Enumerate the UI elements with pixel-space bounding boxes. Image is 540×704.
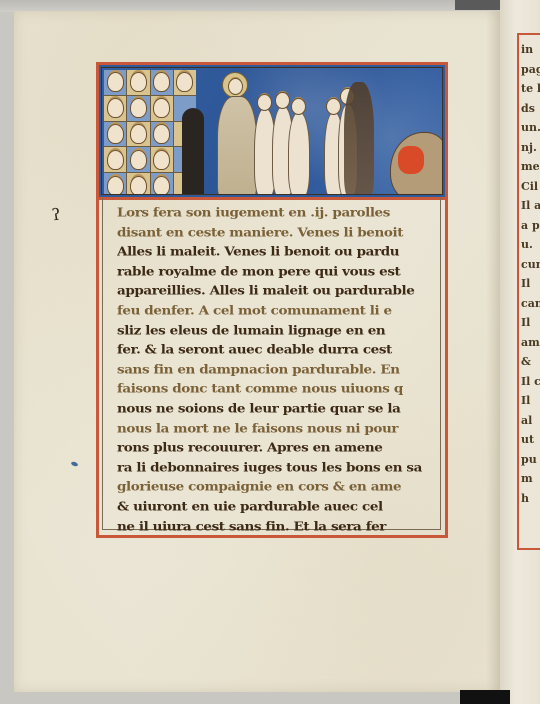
elect-cell <box>104 122 126 147</box>
elect-cell <box>127 96 149 121</box>
facing-fragment: cun <box>521 255 540 275</box>
damned-soul-head <box>326 98 341 115</box>
elect-face-icon <box>107 72 124 92</box>
elect-face-icon <box>107 98 124 118</box>
miniature-field <box>101 67 443 195</box>
text-line: sans fin en dampnacion pardurable. En <box>117 362 439 380</box>
elect-face-icon <box>153 150 170 170</box>
elect-cell <box>104 173 126 195</box>
saved-soul-figure <box>288 112 310 195</box>
ruling-line <box>440 198 441 530</box>
text-block: Lors fera son iugement en .ij. parolles … <box>96 198 448 538</box>
facing-fragment: ds <box>521 99 540 119</box>
gutter-shadow-bottom <box>460 690 510 704</box>
facing-fragment: te li <box>521 79 540 99</box>
facing-fragment: Il <box>521 391 540 411</box>
facing-fragment: Il c <box>521 372 540 392</box>
text-line: ra li debonnaires iuges tous les bons en… <box>117 460 439 478</box>
text-line: glorieuse compaignie en cors & en ame <box>117 479 439 497</box>
text-line: Alles li maleit. Venes li benoit ou pard… <box>117 244 439 262</box>
text-line: nous ne soions de leur partie quar se la <box>117 401 439 419</box>
elect-cell <box>104 70 126 95</box>
elect-face-icon <box>153 176 170 195</box>
elect-cell <box>151 70 173 95</box>
facing-fragment: ut <box>521 430 540 450</box>
text-line: fer. & la seront auec deable durra cest <box>117 342 439 360</box>
hellfire <box>398 146 424 174</box>
elect-face-icon <box>130 150 147 170</box>
devil-figure <box>344 82 374 195</box>
elect-face-icon <box>107 150 124 170</box>
facing-fragment: nj. <box>521 138 540 158</box>
gothic-text-column: Lors fera son iugement en .ij. parolles … <box>117 204 439 537</box>
facing-fragment: am <box>521 333 540 353</box>
text-line: feu denfer. A cel mot comunament li e <box>117 303 439 321</box>
elect-face-icon <box>130 176 147 195</box>
miniature-last-judgement <box>96 62 448 200</box>
facing-fragment: un. <box>521 118 540 138</box>
elect-cell <box>151 122 173 147</box>
elect-cell <box>127 173 149 195</box>
facing-fragment: can <box>521 294 540 314</box>
elect-cell <box>104 96 126 121</box>
elect-face-icon <box>107 176 124 195</box>
elect-cell <box>127 70 149 95</box>
facing-fragment: u. <box>521 235 540 255</box>
text-line: rons plus recouurer. Apres en amene <box>117 440 439 458</box>
text-line: rable royalme de mon pere qui vous est <box>117 264 439 282</box>
text-line: nous la mort ne le faisons nous ni pour <box>117 421 439 439</box>
elect-cell <box>151 96 173 121</box>
gutter-shadow-top <box>455 0 500 10</box>
page-edge-shadow <box>486 11 500 692</box>
elect-face-icon <box>153 124 170 144</box>
elect-cell <box>174 70 196 95</box>
elect-face-icon <box>130 98 147 118</box>
facing-fragment: Il <box>521 313 540 333</box>
christ-head <box>228 78 243 95</box>
text-line: Lors fera son iugement en .ij. parolles <box>117 205 439 223</box>
text-line: sliz les eleus de lumain lignage en en <box>117 323 439 341</box>
christ-figure <box>217 96 257 195</box>
elect-cell <box>151 173 173 195</box>
saved-soul-head <box>275 92 290 109</box>
elect-face-icon <box>176 72 193 92</box>
facing-fragment: Il <box>521 274 540 294</box>
text-line: appareillies. Alles li maleit ou pardura… <box>117 283 439 301</box>
heaven-gate <box>182 108 204 195</box>
facing-fragment: Cil <box>521 177 540 197</box>
elect-face-icon <box>130 72 147 92</box>
facing-fragment: in <box>521 40 540 60</box>
elect-cell <box>151 147 173 172</box>
text-line: & uiuront en uie pardurable auec cel <box>117 499 439 517</box>
facing-page-text: in pagn te li ds un. nj. me Cil Il a a p… <box>521 40 540 508</box>
elect-face-icon <box>153 72 170 92</box>
elect-face-icon <box>153 98 170 118</box>
facing-fragment: m <box>521 469 540 489</box>
text-line: ne il uiura cest sans fin. Et la sera fe… <box>117 518 439 536</box>
text-line: faisons donc tant comme nous uiuons q <box>117 381 439 399</box>
facing-fragment: pu <box>521 450 540 470</box>
facing-fragment: al <box>521 411 540 431</box>
facing-fragment: Il a <box>521 196 540 216</box>
elect-face-icon <box>130 124 147 144</box>
facing-fragment: me <box>521 157 540 177</box>
facing-fragment: a p <box>521 216 540 236</box>
ruling-line <box>102 198 103 530</box>
facing-fragment: pagn <box>521 60 540 80</box>
text-line: disant en ceste maniere. Venes li benoit <box>117 225 439 243</box>
facing-fragment: h <box>521 489 540 509</box>
elect-cell <box>127 147 149 172</box>
facing-fragment: & <box>521 352 540 372</box>
elect-cell <box>127 122 149 147</box>
elect-cell <box>104 147 126 172</box>
saved-soul-head <box>257 94 272 111</box>
elect-face-icon <box>107 124 124 144</box>
saved-soul-head <box>291 98 306 115</box>
